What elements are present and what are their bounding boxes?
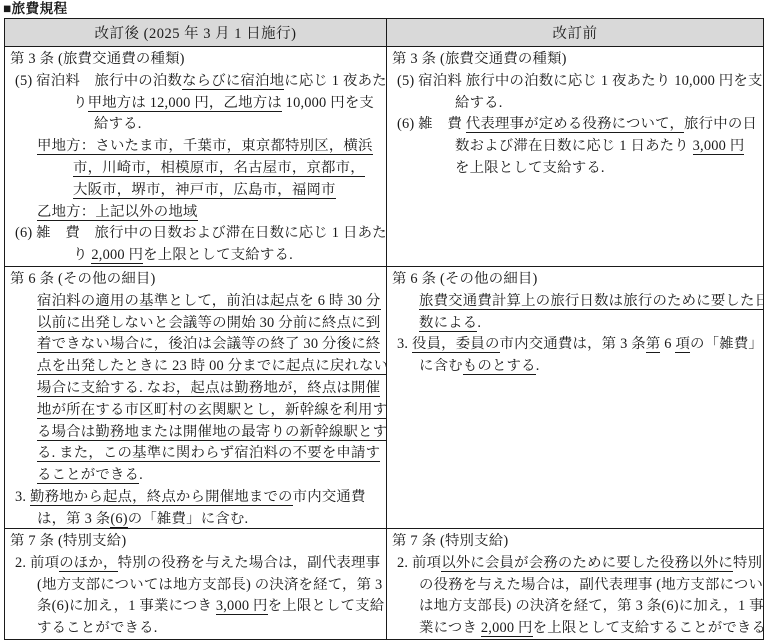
text-segment: 第 3 条 (旅費交通費の種類) (392, 51, 567, 67)
cell-article3-after: 第 3 条 (旅費交通費の種類)(5) 宿泊料 旅行中の泊数ならびに宿泊地に応じ… (5, 46, 386, 266)
text-line: 点を出発したときに 23 時 00 分までに起点に戻れない (5, 356, 386, 378)
text-line: 大阪市，堺市，神戸市，広島市，福岡市 (5, 180, 386, 202)
text-segment: 6 (660, 336, 675, 352)
underlined-revision-text: 点を出発したときに 23 時 00 分までに起点に戻れない (37, 358, 386, 375)
text-line: り甲地方は 12,000 円，乙地方は 10,000 円を支 (5, 93, 386, 115)
column-header-before: 改訂前 (386, 19, 763, 46)
underlined-revision-text: 宿泊料の適用の基準として，前泊は起点を 6 時 30 分 (37, 293, 381, 310)
text-segment: り (73, 95, 88, 111)
text-segment: は，第 3 条 (37, 511, 110, 527)
page-title: ■旅費規程 (3, 1, 769, 17)
text-segment: (5) 宿泊料 旅行中の泊数 (15, 73, 182, 89)
text-line: 地が所在する市区町村の玄関駅とし，新幹線を利用す (5, 400, 386, 422)
text-segment: の「雑費」に含む. (128, 511, 249, 527)
text-segment: 第 6 条 (その他の細目) (10, 271, 156, 287)
text-line: 第 3 条 (旅費交通費の種類) (387, 49, 763, 71)
text-segment: (5) 宿泊料 旅行中の泊数に応じ 1 夜あたり 10,000 円を支 (397, 73, 763, 89)
text-line: 給する. (387, 93, 763, 115)
text-segment: . (536, 358, 540, 374)
text-segment: 第 7 条 (特別支給) (392, 533, 508, 549)
text-segment: 給する. (455, 95, 503, 111)
text-line: (5) 宿泊料 旅行中の泊数ならびに宿泊地に応じ 1 夜あた (5, 71, 386, 93)
text-line: 2. 前項以外に会員が会務のために要した役務以外に特別 (387, 553, 763, 575)
column-header-after: 改訂後 (2025 年 3 月 1 日施行) (5, 19, 386, 46)
underlined-revision-text: 以外に会員が会務のために要した役務以外に (441, 555, 733, 572)
underlined-revision-text: (6) (110, 511, 127, 528)
text-segment: 市内交通費は，第 3 条 (500, 336, 646, 352)
text-segment: 第 7 条 (特別支給) (10, 533, 126, 549)
text-line: 3. 勤務地から起点，終点から開催地までの市内交通費 (5, 487, 386, 509)
text-line: 場合に支給する. なお，起点は勤務地が，終点は開催 (5, 378, 386, 400)
text-line: 第 7 条 (特別支給) (5, 531, 386, 553)
text-segment: 第 6 条 (その他の細目) (392, 271, 538, 287)
text-segment: 旅行中の日 (684, 116, 757, 132)
underlined-revision-text: 勤務地から起点，終点から開催地までの (30, 489, 293, 506)
text-segment: を上限として支給することができる. (533, 620, 763, 636)
text-segment: 業につき (419, 620, 481, 636)
underlined-revision-text: 2,000 円 (91, 247, 143, 264)
text-line: (6) 雑 費 旅行中の日数および滞在日数に応じ 1 日あた (5, 223, 386, 245)
text-segment: することができる. (37, 620, 158, 636)
text-segment: に含む (419, 358, 463, 374)
underlined-revision-text: 役員，委員の (412, 336, 500, 353)
text-line: 着できない場合に，後泊は会議等の終了 30 分後に終 (5, 334, 386, 356)
cell-article7-after: 第 7 条 (特別支給)2. 前項のほか，特別の役務を与えた場合は，副代表理事(… (5, 528, 386, 639)
text-line: 業につき 2,000 円を上限として支給することができる. (387, 618, 763, 639)
text-segment: 数および滞在日数に応じ 1 日あたり (455, 138, 693, 154)
text-segment: に応じ 1 夜あた (284, 73, 386, 89)
text-segment: 特別 (733, 555, 762, 571)
text-line: 2. 前項のほか，特別の役務を与えた場合は，副代表理事 (5, 553, 386, 575)
text-line: を上限として支給する. (387, 158, 763, 180)
underlined-revision-text: 旅費交通費計算上の旅行日数は旅行のために要した日 (419, 293, 763, 310)
text-segment: 市内交通費 (293, 489, 366, 505)
text-segment: 給する. (94, 116, 142, 132)
underlined-revision-text: 2,000 円 (481, 620, 533, 637)
text-segment: 特別の役務を与えた場合は，副代表理事 (118, 555, 381, 571)
text-line: る場合は勤務地または開催地の最寄りの新幹線駅とす (5, 422, 386, 444)
underlined-revision-text: 3,000 円 (693, 138, 745, 155)
cell-article6-before: 第 6 条 (その他の細目)旅費交通費計算上の旅行日数は旅行のために要した日数に… (386, 266, 763, 528)
underlined-revision-text: ならびに宿泊地 (182, 73, 284, 90)
text-segment: 3. (397, 336, 412, 352)
underlined-revision-text: る場合は勤務地または開催地の最寄りの新幹線駅とす (37, 424, 386, 441)
text-segment: 3. (15, 489, 30, 505)
underlined-revision-text: 乙地方：上記以外の地域 (37, 204, 198, 221)
underlined-revision-text: 以前に出発しないと会議等の開始 30 分前に終点に到 (37, 315, 380, 332)
underlined-revision-text: ることができる (37, 467, 139, 484)
text-line: 条(6)に加え，1 事業につき 3,000 円を上限として支給 (5, 596, 386, 618)
text-segment: (6) 雑 費 (397, 116, 466, 132)
cell-article3-before: 第 3 条 (旅費交通費の種類)(5) 宿泊料 旅行中の泊数に応じ 1 夜あたり… (386, 46, 763, 266)
text-line: (6) 雑 費 代表理事が定める役務について，旅行中の日 (387, 114, 763, 136)
text-line: (地方支部については地方支部長) の決済を経て，第 3 (5, 575, 386, 597)
text-line: 甲地方：さいたま市，千葉市，東京都特別区，横浜 (5, 136, 386, 158)
text-segment: (地方支部については地方支部長) の決済を経て，第 3 (37, 577, 382, 593)
text-line: することができる. (5, 618, 386, 639)
text-line: 数による. (387, 313, 763, 335)
text-line: 宿泊料の適用の基準として，前泊は起点を 6 時 30 分 (5, 291, 386, 313)
text-line: に含むものとする. (387, 356, 763, 378)
text-segment: を上限として支給する. (455, 160, 605, 176)
text-line: 以前に出発しないと会議等の開始 30 分前に終点に到 (5, 313, 386, 335)
underlined-revision-text: ものとする (463, 358, 536, 375)
text-line: り 2,000 円を上限として支給する. (5, 245, 386, 266)
underlined-revision-text: 3,000 円 (216, 598, 268, 615)
underlined-revision-text: のほか， (59, 555, 117, 572)
underlined-revision-text: 着できない場合に，後泊は会議等の終了 30 分後に終 (37, 336, 380, 353)
cell-article7-before: 第 7 条 (特別支給)2. 前項以外に会員が会務のために要した役務以外に特別の… (386, 528, 763, 639)
cell-article6-after: 第 6 条 (その他の細目)宿泊料の適用の基準として，前泊は起点を 6 時 30… (5, 266, 386, 528)
underlined-revision-text: 項 (675, 336, 690, 353)
text-line: 旅費交通費計算上の旅行日数は旅行のために要した日 (387, 291, 763, 313)
text-segment: り (73, 247, 91, 263)
text-line: 第 6 条 (その他の細目) (387, 269, 763, 291)
underlined-revision-text: 数による (419, 315, 477, 332)
text-line: 第 7 条 (特別支給) (387, 531, 763, 553)
text-segment: 条(6)に加え，1 事業につき (37, 598, 216, 614)
underlined-revision-text: る. また，この基準に関わらず宿泊料の不要を申請す (37, 445, 380, 462)
underlined-revision-text: 甲地方は 12,000 円，乙地方は (88, 95, 282, 112)
text-segment: 2. 前項 (397, 555, 441, 571)
revision-comparison-table: 改訂後 (2025 年 3 月 1 日施行) 改訂前 第 3 条 (旅費交通費の… (4, 18, 764, 640)
text-line: 給する. (5, 114, 386, 136)
underlined-revision-text: 代表理事が定める役務について， (466, 116, 684, 133)
text-line: 第 3 条 (旅費交通費の種類) (5, 49, 386, 71)
text-segment: の「雑費」 (690, 336, 763, 352)
text-segment: の役務を与えた場合は，副代表理事 (地方支部について (419, 577, 763, 593)
text-line: 第 6 条 (その他の細目) (5, 269, 386, 291)
text-segment: 第 3 条 (旅費交通費の種類) (10, 51, 185, 67)
text-line: ることができる. (5, 465, 386, 487)
underlined-revision-text: 甲地方：さいたま市，千葉市，東京都特別区，横浜 (37, 138, 373, 155)
text-line: (5) 宿泊料 旅行中の泊数に応じ 1 夜あたり 10,000 円を支 (387, 71, 763, 93)
underlined-revision-text: 市，川崎市，相模原市，名古屋市，京都市， (73, 160, 365, 177)
text-segment: は地方支部長) の決済を経て，第 3 条(6)に加え，1 事 (419, 598, 763, 614)
text-segment: 10,000 円を支 (282, 95, 374, 111)
text-line: の役務を与えた場合は，副代表理事 (地方支部について (387, 575, 763, 597)
text-segment: . (139, 467, 143, 483)
text-line: は，第 3 条(6)の「雑費」に含む. (5, 509, 386, 528)
text-segment: を上限として支給 (268, 598, 385, 614)
text-segment: 2. 前項 (15, 555, 59, 571)
text-line: 市，川崎市，相模原市，名古屋市，京都市， (5, 158, 386, 180)
text-segment: . (477, 315, 481, 331)
underlined-revision-text: 地が所在する市区町村の玄関駅とし，新幹線を利用す (37, 402, 386, 419)
text-line: は地方支部長) の決済を経て，第 3 条(6)に加え，1 事 (387, 596, 763, 618)
text-line: る. また，この基準に関わらず宿泊料の不要を申請す (5, 443, 386, 465)
text-line: 3. 役員，委員の市内交通費は，第 3 条第 6 項の「雑費」 (387, 334, 763, 356)
text-line: 数および滞在日数に応じ 1 日あたり 3,000 円 (387, 136, 763, 158)
text-segment: を上限として支給する. (143, 247, 293, 263)
underlined-revision-text: 場合に支給する. なお，起点は勤務地が，終点は開催 (37, 380, 380, 397)
underlined-revision-text: 第 (646, 336, 661, 353)
underlined-revision-text: 大阪市，堺市，神戸市，広島市，福岡市 (73, 182, 336, 199)
text-segment: (6) 雑 費 旅行中の日数および滞在日数に応じ 1 日あた (15, 225, 386, 241)
text-line: 乙地方：上記以外の地域 (5, 202, 386, 224)
